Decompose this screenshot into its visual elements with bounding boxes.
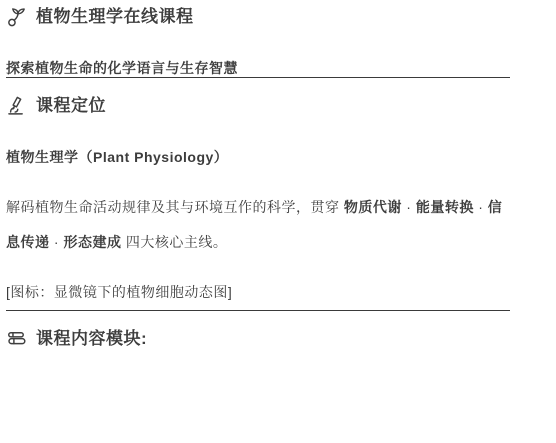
separator-dot: · (50, 234, 64, 250)
divider (6, 310, 510, 311)
separator-dot: · (474, 199, 488, 215)
description-segment: 四大核心主线。 (121, 234, 227, 250)
page-title: 植物生理学在线课程 (36, 6, 194, 28)
divider (6, 77, 510, 78)
course-title-row: 植物生理学在线课程 (6, 6, 510, 28)
course-modules-heading-row: 课程内容模块: (6, 328, 510, 350)
course-positioning-heading: 课程定位 (36, 95, 106, 117)
page-subtitle: 探索植物生命的化学语言与生存智慧 (6, 60, 510, 77)
course-positioning-heading-row: 课程定位 (6, 95, 510, 117)
description-segment: 解码植物生命活动规律及其与环境互作的科学，贯穿 (6, 199, 344, 215)
separator-dot: · (402, 199, 416, 215)
course-description: 解码植物生命活动规律及其与环境互作的科学，贯穿 物质代谢 · 能量转换 · 信息… (6, 190, 510, 260)
media-placeholder-note: [图标：显微镜下的植物细胞动态图] (6, 275, 510, 310)
course-modules-heading: 课程内容模块: (36, 328, 147, 350)
subject-line: 植物生理学（Plant Physiology） (6, 149, 510, 166)
document-page: 植物生理学在线课程 探索植物生命的化学语言与生存智慧 课程定位 植物生理学（Pl… (0, 0, 556, 443)
keyword-morphogenesis: 形态建成 (63, 234, 121, 250)
keyword-energy-conversion: 能量转换 (416, 199, 474, 215)
microscope-icon (6, 95, 28, 117)
books-icon (6, 328, 28, 350)
keyword-metabolism: 物质代谢 (344, 199, 402, 215)
seedling-icon (6, 6, 28, 28)
